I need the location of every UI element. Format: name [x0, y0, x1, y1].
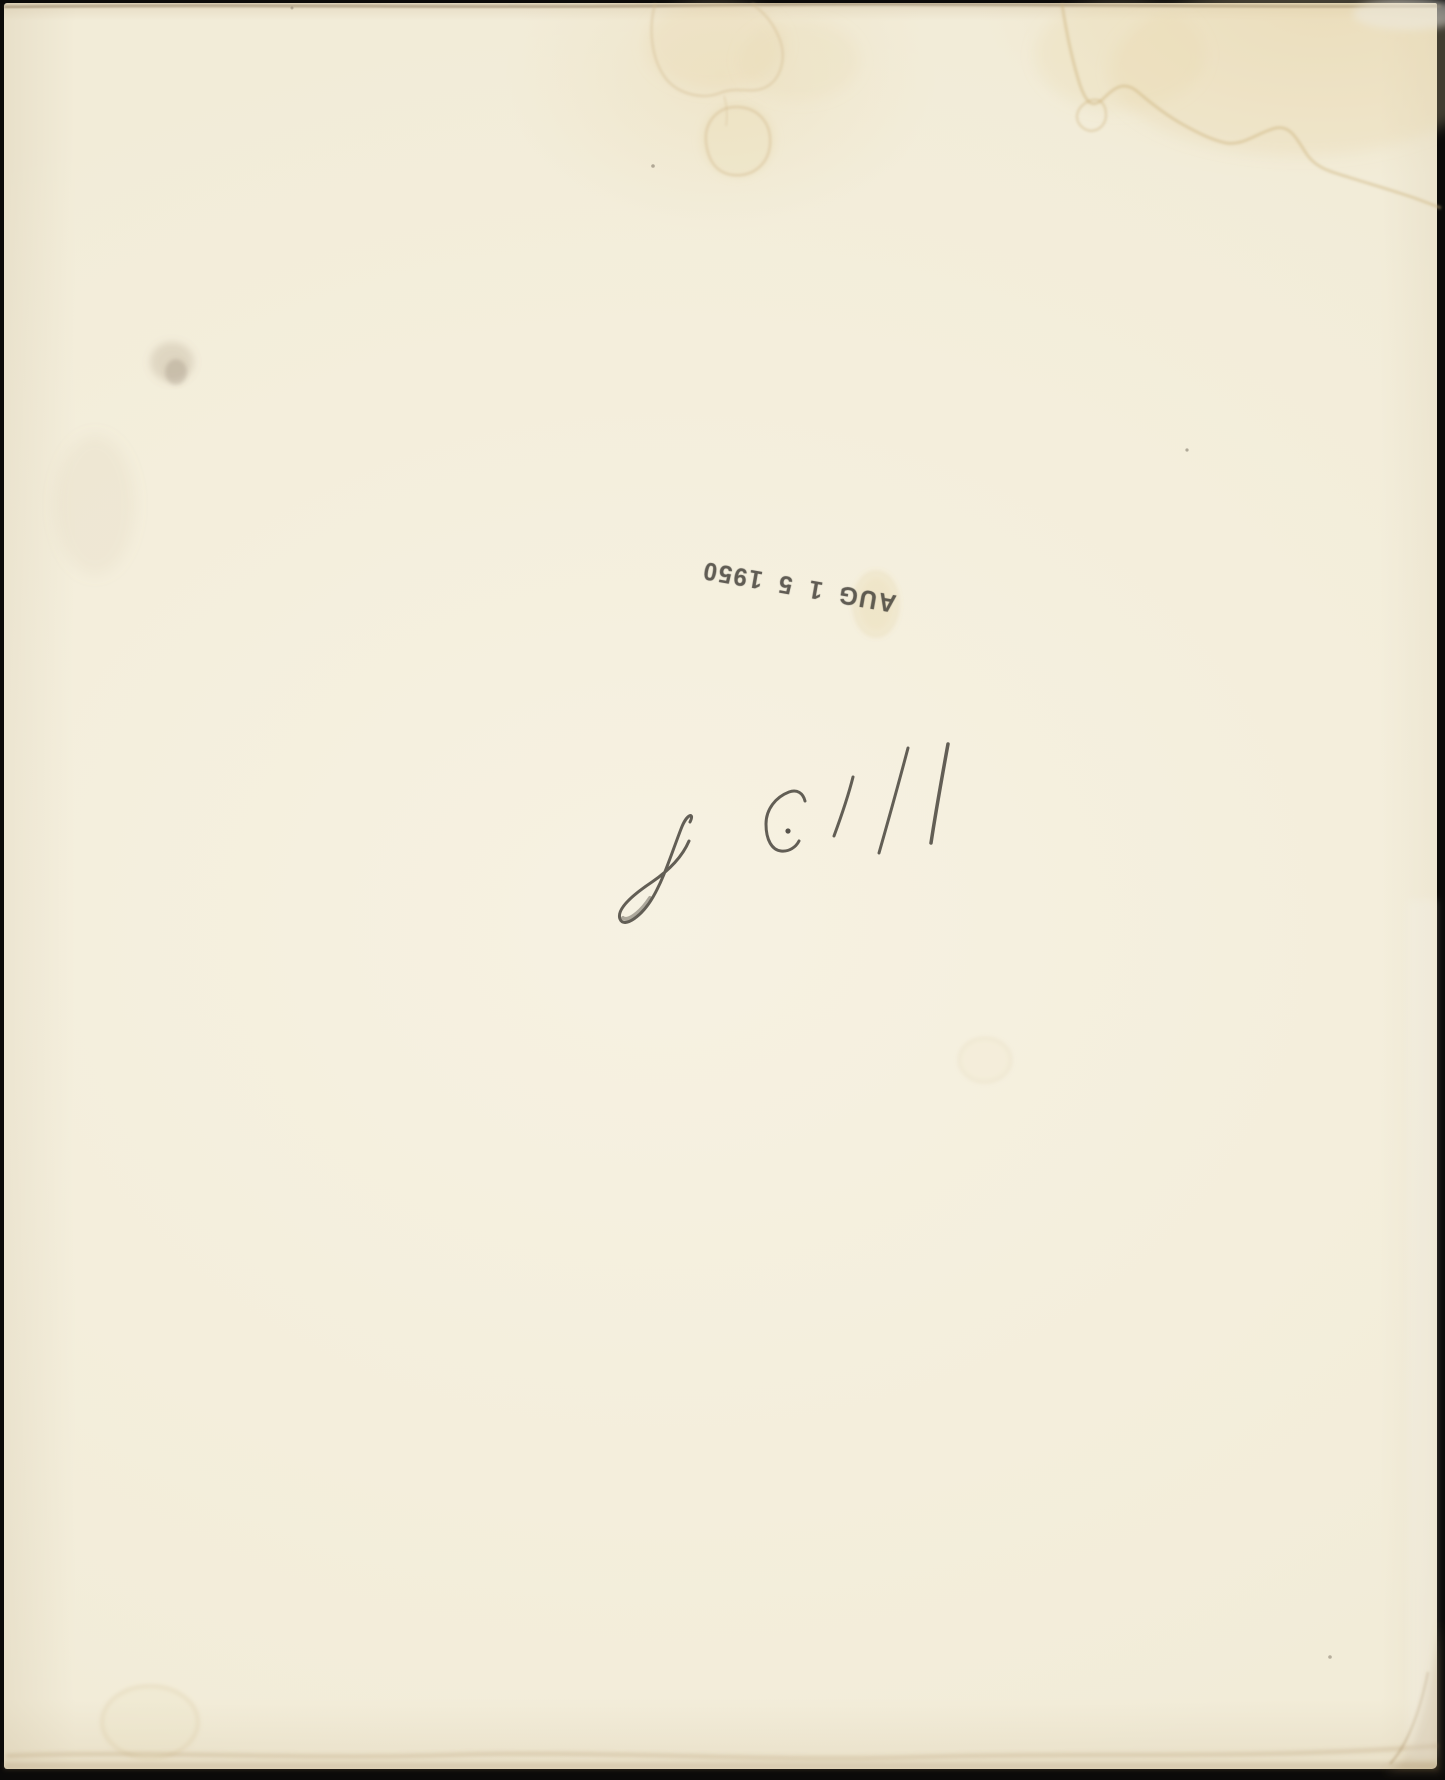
photo-back-paper — [4, 3, 1437, 1769]
photo-verso-scan: AUG 1 5 1950 — [0, 0, 1445, 1780]
